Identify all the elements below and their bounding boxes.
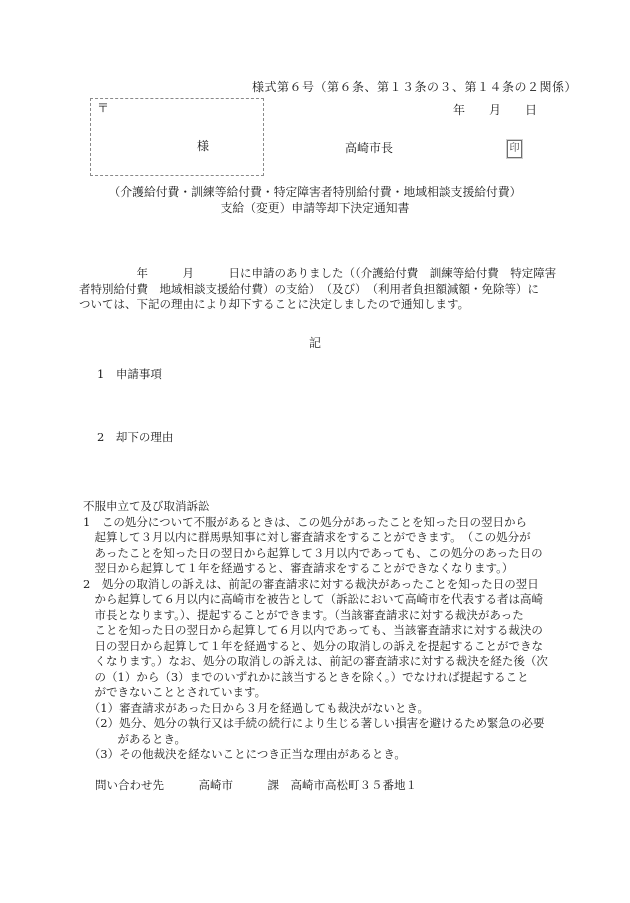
seal-box: 印 — [507, 140, 522, 158]
document-page: 様式第６号（第６条、第１３条の３、第１４条の２関係） 〒 様 年 月 日 高崎市… — [0, 0, 630, 903]
ki-marker: 記 — [0, 336, 630, 352]
form-number-heading: 様式第６号（第６条、第１３条の３、第１４条の２関係） — [252, 80, 577, 96]
contact-info: 問い合わせ先 高崎市 課 高崎市高松町３５番地１ — [95, 778, 417, 794]
section-1-application-items: 1 申請事項 — [97, 367, 162, 383]
appeal-notice: 不服申立て及び取消訴訟 1 この処分について不服があるときは、この処分があったこ… — [83, 499, 583, 763]
addressee-honorific: 様 — [197, 139, 209, 155]
section-2-rejection-reason: 2 却下の理由 — [97, 430, 173, 446]
notification-body: 年 月 日に申請のありました（（介護給付費 訓練等給付費 特定障害 者特別給付費… — [79, 266, 579, 313]
document-title-line1: （介護給付費・訓練等給付費・特定障害者特別給付費・地域相談支援給付費） — [0, 185, 630, 201]
document-title-line2: 支給（変更）申請等却下決定通知書 — [0, 201, 630, 217]
postal-mark: 〒 — [97, 101, 109, 117]
issuer-name: 高崎市長 — [345, 141, 393, 157]
document-title: （介護給付費・訓練等給付費・特定障害者特別給付費・地域相談支援給付費） 支給（変… — [0, 185, 630, 216]
issue-date-line: 年 月 日 — [453, 103, 537, 119]
addressee-box: 〒 様 — [90, 98, 264, 176]
